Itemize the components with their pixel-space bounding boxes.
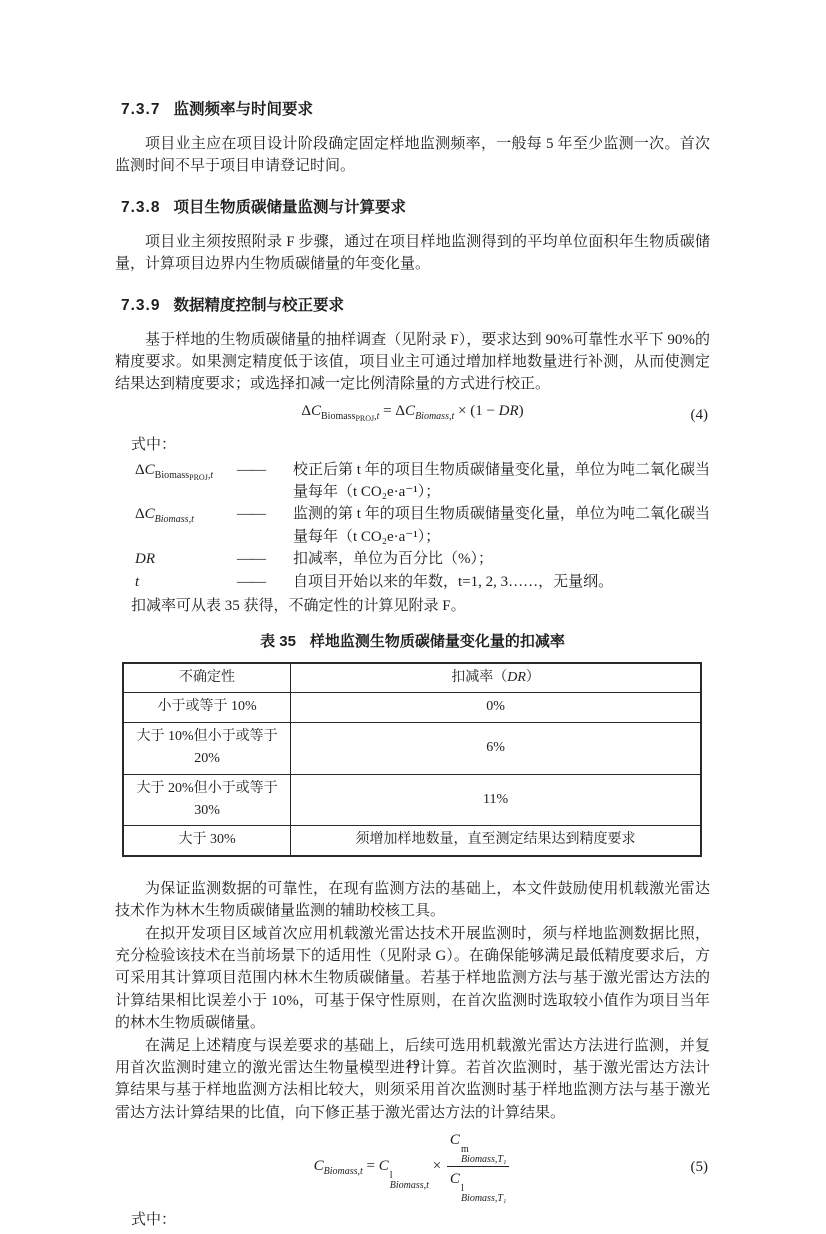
definition-dash: —— [237,548,293,570]
table-cell-deduction: 0% [291,693,701,722]
section-title: 项目生物质碳储量监测与计算要求 [173,199,406,216]
definition-item: t —— 自项目开始以来的年数，t=1, 2, 3……，无量纲。 [115,571,710,593]
definition-term: ΔCBiomass,t [115,503,237,531]
paragraph-737: 项目业主应在项目设计阶段确定固定样地监测频率，一般每 5 年至少监测一次。首次监… [115,133,710,178]
formula-5: CBiomass,t = ClBiomass,t × CmBiomass,T₁ … [115,1125,710,1208]
table-cell-uncertainty: 大于 20%但小于或等于 30% [123,774,291,826]
section-heading-737: 7.3.7监测频率与时间要求 [121,99,710,120]
table-35-caption: 表 35样地监测生物质碳储量变化量的扣减率 [115,631,710,653]
definition-dash: —— [237,571,293,593]
formula-5-fraction: CmBiomass,T₁ ClBiomass,T₁ [447,1128,509,1205]
definition-term: DR [115,548,237,570]
paragraph-738: 项目业主须按照附录 F 步骤，通过在项目样地监测得到的平均单位面积年生物质碳储量… [115,231,710,276]
definition-description: 自项目开始以来的年数，t=1, 2, 3……，无量纲。 [293,571,710,593]
table-header-row: 不确定性 扣减率（DR） [123,663,701,693]
definition-item: ΔCBiomassPROJ,t —— 校正后第 t 年的项目生物质碳储量变化量，… [115,459,710,504]
table-cell-deduction: 须增加样地数量，直至测定结果达到精度要求 [291,826,701,856]
definitions-list: ΔCBiomassPROJ,t —— 校正后第 t 年的项目生物质碳储量变化量，… [115,459,710,593]
definition-term: t [115,571,237,593]
paragraph-lidar-2: 在拟开发项目区域首次应用机载激光雷达技术开展监测时，须与样地监测数据比照，充分检… [115,923,710,1035]
section-title: 数据精度控制与校正要求 [173,297,344,314]
definition-item: ΔCBiomass,t —— 监测的第 t 年的项目生物质碳储量变化量，单位为吨… [115,503,710,548]
paragraph-739: 基于样地的生物质碳储量的抽样调查（见附录 F），要求达到 90%可靠性水平下 9… [115,329,710,396]
post-definitions-note: 扣减率可从表 35 获得，不确定性的计算见附录 F。 [131,595,710,617]
formula-5-expression: CBiomass,t = ClBiomass,t × CmBiomass,T₁ … [314,1158,512,1174]
definition-description: 校正后第 t 年的项目生物质碳储量变化量，单位为吨二氧化碳当量每年（t CO₂e… [293,459,710,504]
equation-number-5: (5) [691,1156,709,1178]
table-cell-deduction: 11% [291,774,701,826]
paragraph-lidar-3: 在满足上述精度与误差要求的基础上，后续可选用机载激光雷达方法进行监测，并复用首次… [115,1035,710,1125]
document-page: { "doc": { "where_label": "式中：", "page_n… [0,0,826,1169]
definition-dash: —— [237,459,293,481]
section-heading-739: 7.3.9数据精度控制与校正要求 [121,295,710,316]
table-header-uncertainty: 不确定性 [123,663,291,693]
equation-number-4: (4) [691,404,709,426]
page-number: 19 [0,1053,826,1075]
table-35: 不确定性 扣减率（DR） 小于或等于 10% 0% 大于 10%但小于或等于 2… [122,662,702,857]
formula-4: ΔCBiomassPROJ,t = ΔCBiomass,t × (1 − DR)… [115,397,710,433]
definition-item: DR —— 扣减率，单位为百分比（%）； [115,548,710,570]
paragraph-lidar-1: 为保证监测数据的可靠性，在现有监测方法的基础上，本文件鼓励使用机载激光雷达技术作… [115,878,710,923]
table-cell-uncertainty: 大于 30% [123,826,291,856]
table-cell-deduction: 6% [291,722,701,774]
definition-dash: —— [237,503,293,525]
table-cell-uncertainty: 小于或等于 10% [123,693,291,722]
section-heading-738: 7.3.8项目生物质碳储量监测与计算要求 [121,197,710,218]
table-row: 小于或等于 10% 0% [123,693,701,722]
section-number: 7.3.9 [121,297,160,314]
section-number: 7.3.8 [121,199,160,216]
section-number: 7.3.7 [121,101,160,118]
table-cell-uncertainty: 大于 10%但小于或等于 20% [123,722,291,774]
definition-description: 监测的第 t 年的项目生物质碳储量变化量，单位为吨二氧化碳当量每年（t CO₂e… [293,503,710,548]
where-label: 式中： [131,434,710,456]
table-header-deduction-rate: 扣减率（DR） [291,663,701,693]
definition-description: 扣减率，单位为百分比（%）； [293,548,710,570]
definition-term: ΔCBiomassPROJ,t [115,459,237,489]
formula-4-expression: ΔCBiomassPROJ,t = ΔCBiomass,t × (1 − DR) [301,403,523,419]
table-row: 大于 10%但小于或等于 20% 6% [123,722,701,774]
table-row: 大于 30% 须增加样地数量，直至测定结果达到精度要求 [123,826,701,856]
table-row: 大于 20%但小于或等于 30% 11% [123,774,701,826]
where-label: 式中： [131,1209,710,1231]
section-title: 监测频率与时间要求 [173,101,313,118]
